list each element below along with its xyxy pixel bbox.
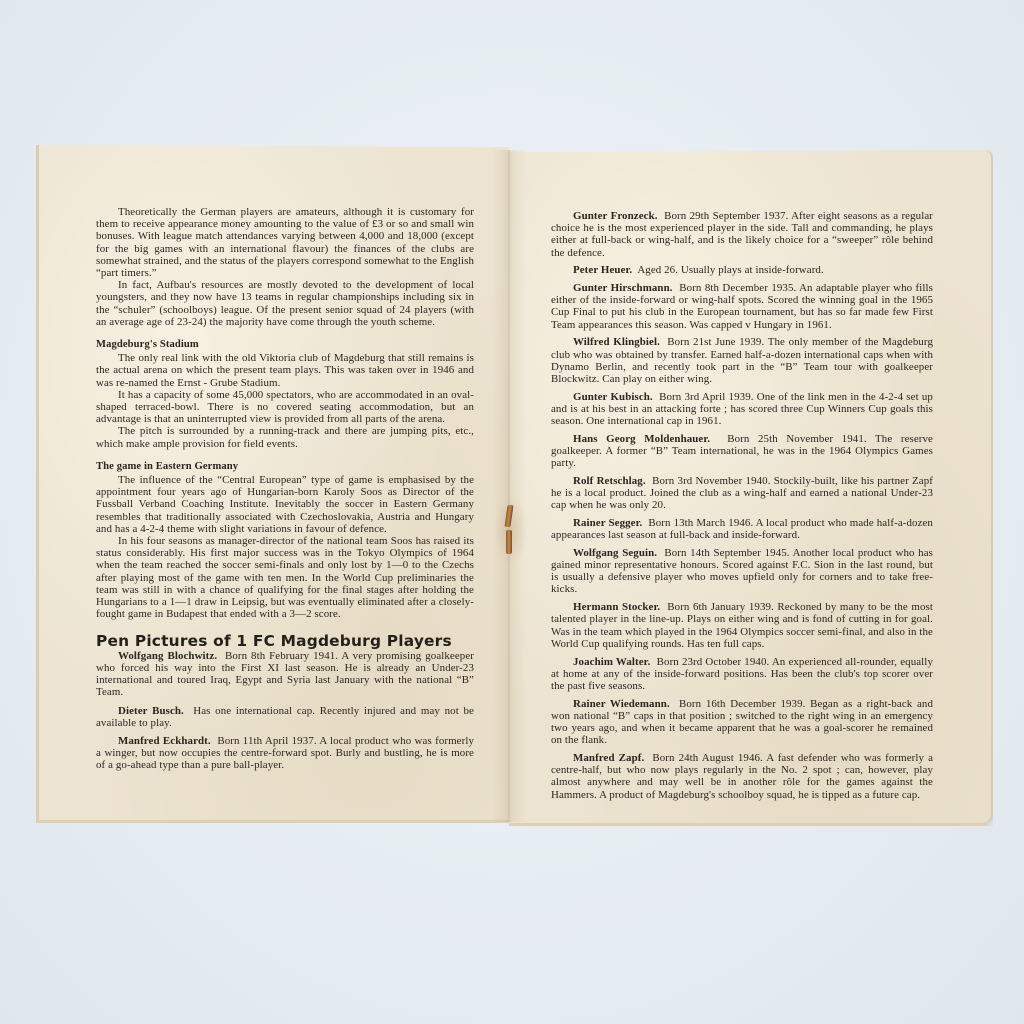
player-entry: Rainer Wiedemann. Born 16th December 193…: [551, 698, 933, 747]
player-entry: Hans Georg Moldenhauer. Born 25th Novemb…: [551, 433, 933, 470]
staple-icon: [506, 530, 512, 554]
player-name: Peter Heuer.: [573, 264, 632, 276]
player-entry: Dieter Busch. Has one international cap.…: [96, 705, 474, 729]
player-entry: Rolf Retschlag. Born 3rd November 1940. …: [551, 475, 933, 512]
player-name: Hermann Stocker.: [573, 601, 660, 613]
player-entry: Wolfgang Seguin. Born 14th September 194…: [551, 547, 933, 596]
player-name: Manfred Zapf.: [573, 752, 644, 764]
player-entry: Joachim Walter. Born 23rd October 1940. …: [551, 656, 933, 693]
eastern-paragraph: In his four seasons as manager-director …: [96, 535, 474, 620]
eastern-paragraph: The influence of the “Central European” …: [96, 474, 474, 535]
player-name: Dieter Busch.: [118, 705, 184, 717]
player-entry: Peter Heuer. Aged 26. Usually plays at i…: [551, 264, 933, 276]
player-name: Gunter Hirschmann.: [573, 282, 673, 294]
player-entry: Rainer Segger. Born 13th March 1946. A l…: [551, 517, 933, 541]
player-entry: Gunter Hirschmann. Born 8th December 193…: [551, 282, 933, 331]
right-page-text: Gunter Fronzeck. Born 29th September 193…: [551, 210, 933, 806]
player-bio: Aged 26. Usually plays at inside-forward…: [637, 264, 823, 276]
player-name: Gunter Fronzeck.: [573, 210, 658, 222]
section-heading-eastern-germany: The game in Eastern Germany: [96, 461, 474, 473]
section-heading-stadium: Magdeburg's Stadium: [96, 339, 474, 351]
player-entry: Manfred Eckhardt. Born 11th April 1937. …: [96, 735, 474, 772]
player-entry: Gunter Fronzeck. Born 29th September 193…: [551, 210, 933, 259]
intro-paragraph: In fact, Aufbau's resources are mostly d…: [96, 279, 474, 328]
player-name: Rainer Wiedemann.: [573, 698, 670, 710]
stadium-paragraph: The pitch is surrounded by a running-tra…: [96, 425, 474, 449]
player-name: Manfred Eckhardt.: [118, 735, 211, 747]
player-name: Gunter Kubisch.: [573, 391, 653, 403]
left-page-text: Theoretically the German players are ama…: [96, 206, 474, 778]
player-name: Joachim Walter.: [573, 656, 650, 668]
player-name: Wolfgang Blochwitz.: [118, 650, 217, 662]
player-name: Wilfred Klingbiel.: [573, 336, 660, 348]
player-name: Rainer Segger.: [573, 517, 642, 529]
open-booklet: Theoretically the German players are ama…: [0, 0, 1024, 1024]
pen-pictures-title: Pen Pictures of 1 FC Magdeburg Players: [96, 635, 474, 647]
intro-paragraph: Theoretically the German players are ama…: [96, 206, 474, 279]
player-entry: Manfred Zapf. Born 24th August 1946. A f…: [551, 752, 933, 801]
spine-gutter: [492, 150, 526, 822]
player-name: Hans Georg Moldenhauer.: [573, 433, 710, 445]
player-name: Rolf Retschlag.: [573, 475, 646, 487]
player-entry: Gunter Kubisch. Born 3rd April 1939. One…: [551, 391, 933, 428]
stadium-paragraph: The only real link with the old Viktoria…: [96, 352, 474, 389]
stadium-paragraph: It has a capacity of some 45,000 spectat…: [96, 389, 474, 426]
player-entry: Hermann Stocker. Born 6th January 1939. …: [551, 601, 933, 650]
player-name: Wolfgang Seguin.: [573, 547, 657, 559]
player-entry: Wilfred Klingbiel. Born 21st June 1939. …: [551, 336, 933, 385]
player-entry: Wolfgang Blochwitz. Born 8th February 19…: [96, 650, 474, 699]
